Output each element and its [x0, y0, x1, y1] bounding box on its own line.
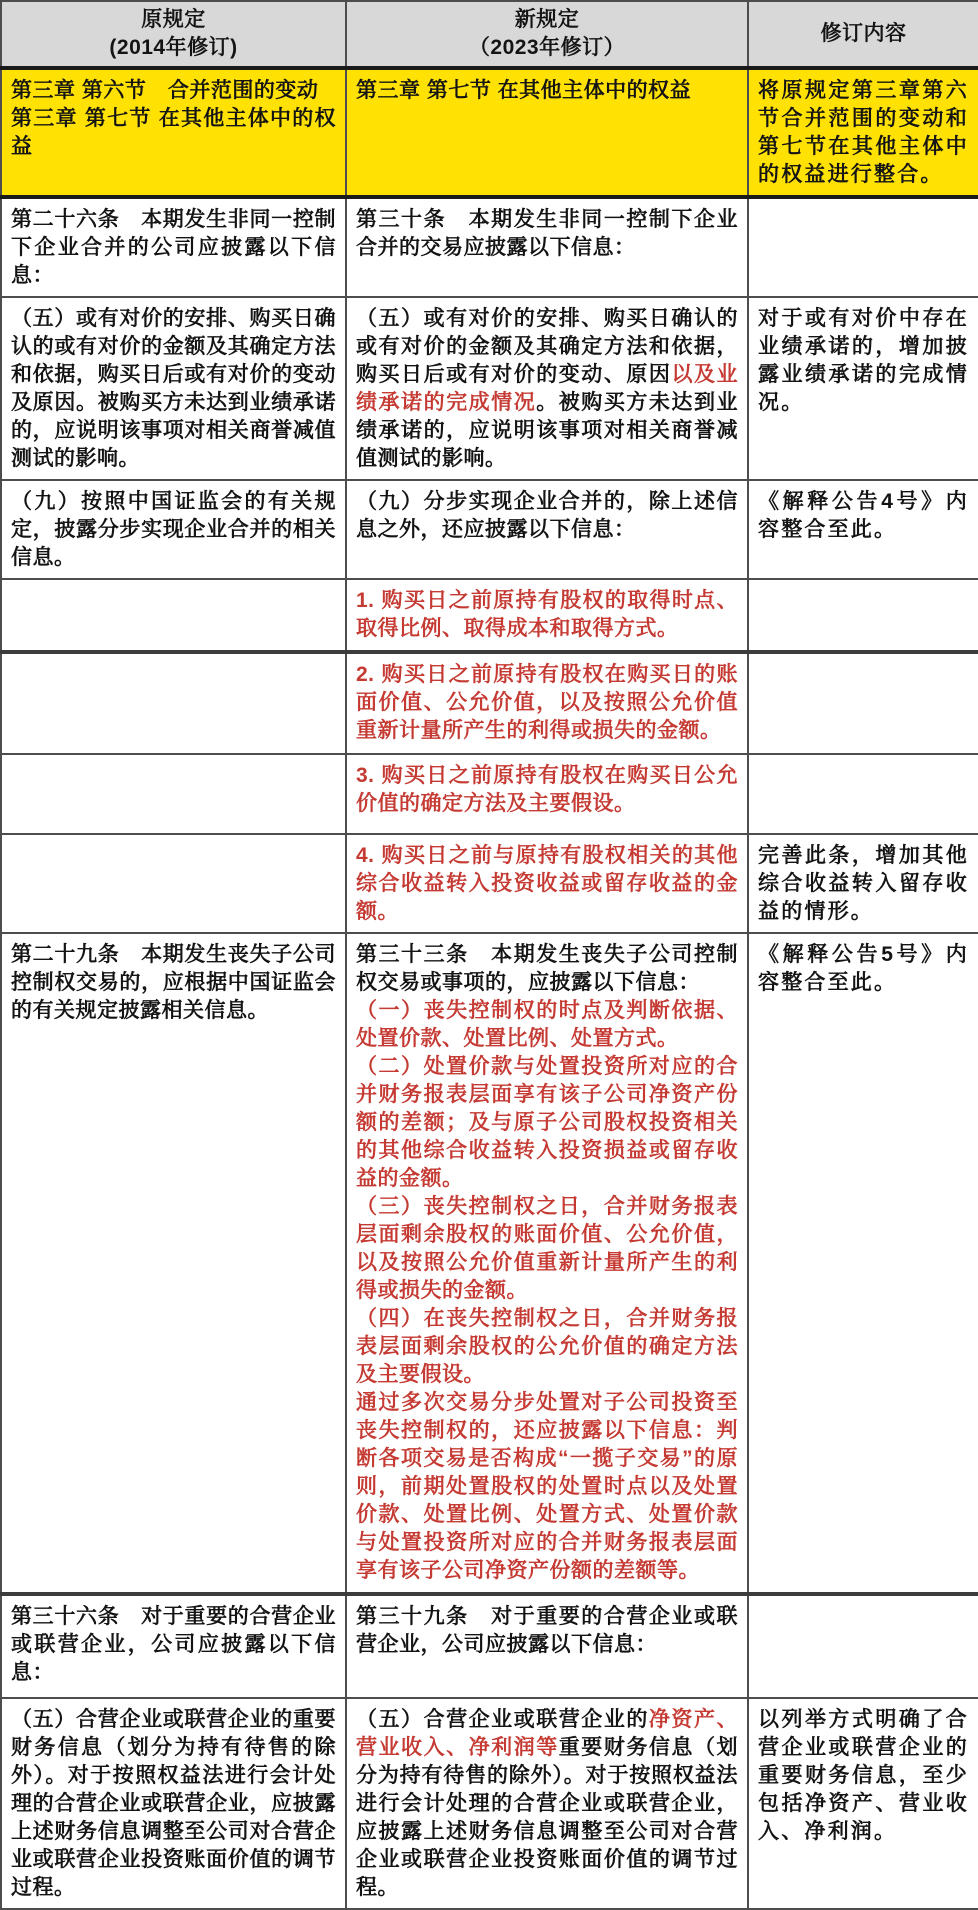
old-rule-cell: （五）或有对价的安排、购买日确认的或有对价的金额及其确定方法和依据，购买日后或有…: [1, 297, 346, 480]
revision-cell: 对于或有对价中存在业绩承诺的，增加披露业绩承诺的完成情况。: [748, 297, 978, 480]
revision-cell: 将原规定第三章第六节合并范围的变动和第七节在其他主体中的权益进行整合。: [748, 68, 978, 197]
paragraph: 第三十三条 本期发生丧失子公司控制权交易或事项的，应披露以下信息：: [356, 941, 738, 997]
new-rule-cell: 第三十条 本期发生非同一控制下企业合并的交易应披露以下信息：: [346, 197, 748, 297]
table-row-article29: 第二十九条 本期发生丧失子公司控制权交易的，应根据中国证监会的有关规定披露相关信…: [1, 933, 978, 1594]
new-rule-cell: （五）合营企业或联营企业的净资产、营业收入、净利润等重要财务信息（划分为持有待售…: [346, 1698, 748, 1909]
new-rule-cell: 第三章 第七节 在其他主体中的权益: [346, 68, 748, 197]
old-rule-cell-empty: [1, 579, 346, 652]
paragraph: （五）或有对价的安排、购买日确认的或有对价的金额及其确定方法和依据，购买日后或有…: [356, 305, 738, 473]
paragraph: 通过多次交易分步处置对子公司投资至丧失控制权的，还应披露以下信息：判断各项交易是…: [356, 1389, 738, 1585]
new-rule-cell: （九）分步实现企业合并的，除上述信息之外，还应披露以下信息：: [346, 480, 748, 579]
paragraph: （九）分步实现企业合并的，除上述信息之外，还应披露以下信息：: [356, 488, 738, 544]
text-segment: 《解释公告5号》内容整合至此。: [758, 943, 969, 994]
header-revision: 修订内容: [748, 1, 978, 68]
paragraph: 将原规定第三章第六节合并范围的变动和第七节在其他主体中的权益进行整合。: [758, 77, 969, 189]
text-segment: 第三章 第六节 合并范围的变动: [11, 79, 318, 102]
text-segment: 第二十六条 本期发生非同一控制下企业合并的公司应披露以下信息：: [11, 208, 336, 287]
header-new-rule: 新规定 （2023年修订）: [346, 1, 748, 68]
revision-cell-empty: [748, 1594, 978, 1698]
old-rule-cell-empty: [1, 834, 346, 933]
header-row: 原规定 (2014年修订) 新规定 （2023年修订） 修订内容: [1, 1, 978, 68]
new-rule-cell: 4. 购买日之前与原持有股权相关的其他综合收益转入投资收益或留存收益的金额。: [346, 834, 748, 933]
old-rule-cell: 第三十六条 对于重要的合营企业或联营企业，公司应披露以下信息：: [1, 1594, 346, 1698]
text-segment: 第三章 第七节 在其他主体中的权益: [11, 107, 336, 158]
text-segment: 第三十六条 对于重要的合营企业或联营企业，公司应披露以下信息：: [11, 1605, 336, 1684]
text-segment: （九）分步实现企业合并的，除上述信息之外，还应披露以下信息：: [356, 490, 738, 541]
paragraph: 第三十九条 对于重要的合营企业或联营企业，公司应披露以下信息：: [356, 1603, 738, 1659]
table-row-point4: 4. 购买日之前与原持有股权相关的其他综合收益转入投资收益或留存收益的金额。 完…: [1, 834, 978, 933]
text-segment: 第二十九条 本期发生丧失子公司控制权交易的，应根据中国证监会的有关规定披露相关信…: [11, 943, 336, 1022]
revision-cell: 完善此条，增加其他综合收益转入留存收益的情形。: [748, 834, 978, 933]
revision-cell-empty: [748, 652, 978, 754]
paragraph: 3. 购买日之前原持有股权在购买日公允价值的确定方法及主要假设。: [356, 762, 738, 818]
revision-cell-empty: [748, 579, 978, 652]
paragraph: 第三章 第六节 合并范围的变动: [11, 77, 336, 105]
paragraph: 《解释公告5号》内容整合至此。: [758, 941, 969, 997]
old-rule-cell: 第三章 第六节 合并范围的变动第三章 第七节 在其他主体中的权益: [1, 68, 346, 197]
table-body: 第三章 第六节 合并范围的变动第三章 第七节 在其他主体中的权益 第三章 第七节…: [1, 68, 978, 1909]
revised-text-segment: 通过多次交易分步处置对子公司投资至丧失控制权的，还应披露以下信息：判断各项交易是…: [356, 1391, 738, 1582]
comparison-table: 原规定 (2014年修订) 新规定 （2023年修订） 修订内容 第三章 第六节…: [0, 0, 978, 1910]
revised-text-segment: 3. 购买日之前原持有股权在购买日公允价值的确定方法及主要假设。: [356, 764, 738, 815]
text-segment: 第三章 第七节 在其他主体中的权益: [356, 79, 691, 102]
paragraph: 第三章 第七节 在其他主体中的权益: [11, 105, 336, 161]
paragraph: 第三十六条 对于重要的合营企业或联营企业，公司应披露以下信息：: [11, 1603, 336, 1687]
header-old-rule-title: 原规定: [8, 6, 339, 34]
paragraph: 以列举方式明确了合营企业或联营企业的重要财务信息，至少包括净资产、营业收入、净利…: [758, 1706, 969, 1846]
paragraph: 第三章 第七节 在其他主体中的权益: [356, 77, 738, 105]
paragraph: 第三十条 本期发生非同一控制下企业合并的交易应披露以下信息：: [356, 206, 738, 262]
paragraph: （五）合营企业或联营企业的净资产、营业收入、净利润等重要财务信息（划分为持有待售…: [356, 1706, 738, 1902]
text-segment: （九）按照中国证监会的有关规定，披露分步实现企业合并的相关信息。: [11, 490, 336, 569]
new-rule-cell: 第三十九条 对于重要的合营企业或联营企业，公司应披露以下信息：: [346, 1594, 748, 1698]
paragraph: 对于或有对价中存在业绩承诺的，增加披露业绩承诺的完成情况。: [758, 305, 969, 417]
table-row-point3: 3. 购买日之前原持有股权在购买日公允价值的确定方法及主要假设。: [1, 754, 978, 834]
new-rule-cell: 3. 购买日之前原持有股权在购买日公允价值的确定方法及主要假设。: [346, 754, 748, 834]
paragraph: 4. 购买日之前与原持有股权相关的其他综合收益转入投资收益或留存收益的金额。: [356, 842, 738, 926]
regulation-comparison-page: 原规定 (2014年修订) 新规定 （2023年修订） 修订内容 第三章 第六节…: [0, 0, 978, 1910]
table-row-point2: 2. 购买日之前原持有股权在购买日的账面价值、公允价值，以及按照公允价值重新计量…: [1, 652, 978, 754]
text-segment: 以列举方式明确了合营企业或联营企业的重要财务信息，至少包括净资产、营业收入、净利…: [758, 1708, 969, 1843]
paragraph: （四）在丧失控制权之日，合并财务报表层面剩余股权的公允价值的确定方法及主要假设。: [356, 1305, 738, 1389]
new-rule-cell: 1. 购买日之前原持有股权的取得时点、取得比例、取得成本和取得方式。: [346, 579, 748, 652]
revised-text-segment: （二）处置价款与处置投资所对应的合并财务报表层面享有该子公司净资产份额的差额；及…: [356, 1055, 738, 1190]
text-segment: （五）合营企业或联营企业的: [356, 1708, 649, 1731]
text-segment: （五）或有对价的安排、购买日确认的或有对价的金额及其确定方法和依据，购买日后或有…: [11, 307, 336, 470]
text-segment: 完善此条，增加其他综合收益转入留存收益的情形。: [758, 844, 969, 923]
old-rule-cell: （五）合营企业或联营企业的重要财务信息（划分为持有待售的除外）。对于按照权益法进…: [1, 1698, 346, 1909]
table-header: 原规定 (2014年修订) 新规定 （2023年修订） 修订内容: [1, 1, 978, 68]
old-rule-cell-empty: [1, 754, 346, 834]
text-segment: 对于或有对价中存在业绩承诺的，增加披露业绩承诺的完成情况。: [758, 307, 969, 414]
table-row-point1: 1. 购买日之前原持有股权的取得时点、取得比例、取得成本和取得方式。: [1, 579, 978, 652]
text-segment: 第三十条 本期发生非同一控制下企业合并的交易应披露以下信息：: [356, 208, 738, 259]
header-old-rule: 原规定 (2014年修订): [1, 1, 346, 68]
paragraph: 2. 购买日之前原持有股权在购买日的账面价值、公允价值，以及按照公允价值重新计量…: [356, 661, 738, 745]
paragraph: （九）按照中国证监会的有关规定，披露分步实现企业合并的相关信息。: [11, 488, 336, 572]
header-revision-title: 修订内容: [755, 20, 972, 48]
paragraph: （三）丧失控制权之日，合并财务报表层面剩余股权的账面价值、公允价值，以及按照公允…: [356, 1193, 738, 1305]
revision-cell: 《解释公告4号》内容整合至此。: [748, 480, 978, 579]
revised-text-segment: （三）丧失控制权之日，合并财务报表层面剩余股权的账面价值、公允价值，以及按照公允…: [356, 1195, 738, 1302]
revised-text-segment: （一）丧失控制权的时点及判断依据、处置价款、处置比例、处置方式。: [356, 999, 738, 1050]
revised-text-segment: 1. 购买日之前原持有股权的取得时点、取得比例、取得成本和取得方式。: [356, 589, 738, 640]
paragraph: （五）合营企业或联营企业的重要财务信息（划分为持有待售的除外）。对于按照权益法进…: [11, 1706, 336, 1902]
table-row-item9: （九）按照中国证监会的有关规定，披露分步实现企业合并的相关信息。 （九）分步实现…: [1, 480, 978, 579]
text-segment: 重要财务信息（划分为持有待售的除外）。对于按照权益法进行会计处理的合营企业或联营…: [356, 1736, 738, 1899]
new-rule-cell: 第三十三条 本期发生丧失子公司控制权交易或事项的，应披露以下信息：（一）丧失控制…: [346, 933, 748, 1594]
revision-cell: 以列举方式明确了合营企业或联营企业的重要财务信息，至少包括净资产、营业收入、净利…: [748, 1698, 978, 1909]
paragraph: （五）或有对价的安排、购买日确认的或有对价的金额及其确定方法和依据，购买日后或有…: [11, 305, 336, 473]
revised-text-segment: 4. 购买日之前与原持有股权相关的其他综合收益转入投资收益或留存收益的金额。: [356, 844, 738, 923]
header-old-rule-year: (2014年修订): [8, 34, 339, 62]
table-row-item5-merger: （五）或有对价的安排、购买日确认的或有对价的金额及其确定方法和依据，购买日后或有…: [1, 297, 978, 480]
text-segment: （五）合营企业或联营企业的重要财务信息（划分为持有待售的除外）。对于按照权益法进…: [11, 1708, 336, 1899]
text-segment: 将原规定第三章第六节合并范围的变动和第七节在其他主体中的权益进行整合。: [758, 79, 969, 186]
table-row-article26: 第二十六条 本期发生非同一控制下企业合并的公司应披露以下信息： 第三十条 本期发…: [1, 197, 978, 297]
new-rule-cell: 2. 购买日之前原持有股权在购买日的账面价值、公允价值，以及按照公允价值重新计量…: [346, 652, 748, 754]
revised-text-segment: （四）在丧失控制权之日，合并财务报表层面剩余股权的公允价值的确定方法及主要假设。: [356, 1307, 738, 1386]
old-rule-cell: （九）按照中国证监会的有关规定，披露分步实现企业合并的相关信息。: [1, 480, 346, 579]
revision-cell-empty: [748, 754, 978, 834]
old-rule-cell: 第二十九条 本期发生丧失子公司控制权交易的，应根据中国证监会的有关规定披露相关信…: [1, 933, 346, 1594]
table-row-item5-jv: （五）合营企业或联营企业的重要财务信息（划分为持有待售的除外）。对于按照权益法进…: [1, 1698, 978, 1909]
paragraph: 完善此条，增加其他综合收益转入留存收益的情形。: [758, 842, 969, 926]
header-new-rule-title: 新规定: [353, 6, 741, 34]
old-rule-cell-empty: [1, 652, 346, 754]
text-segment: 第三十九条 对于重要的合营企业或联营企业，公司应披露以下信息：: [356, 1605, 738, 1656]
revision-cell: 《解释公告5号》内容整合至此。: [748, 933, 978, 1594]
paragraph: 第二十九条 本期发生丧失子公司控制权交易的，应根据中国证监会的有关规定披露相关信…: [11, 941, 336, 1025]
revised-text-segment: 2. 购买日之前原持有股权在购买日的账面价值、公允价值，以及按照公允价值重新计量…: [356, 663, 738, 742]
table-row-article36: 第三十六条 对于重要的合营企业或联营企业，公司应披露以下信息： 第三十九条 对于…: [1, 1594, 978, 1698]
revision-cell: [748, 197, 978, 297]
header-new-rule-year: （2023年修订）: [353, 34, 741, 62]
paragraph: 第二十六条 本期发生非同一控制下企业合并的公司应披露以下信息：: [11, 206, 336, 290]
paragraph: （一）丧失控制权的时点及判断依据、处置价款、处置比例、处置方式。: [356, 997, 738, 1053]
paragraph: 《解释公告4号》内容整合至此。: [758, 488, 969, 544]
text-segment: 第三十三条 本期发生丧失子公司控制权交易或事项的，应披露以下信息：: [356, 943, 738, 994]
paragraph: （二）处置价款与处置投资所对应的合并财务报表层面享有该子公司净资产份额的差额；及…: [356, 1053, 738, 1193]
paragraph: 1. 购买日之前原持有股权的取得时点、取得比例、取得成本和取得方式。: [356, 587, 738, 643]
text-segment: 《解释公告4号》内容整合至此。: [758, 490, 969, 541]
table-row-chapter: 第三章 第六节 合并范围的变动第三章 第七节 在其他主体中的权益 第三章 第七节…: [1, 68, 978, 197]
new-rule-cell: （五）或有对价的安排、购买日确认的或有对价的金额及其确定方法和依据，购买日后或有…: [346, 297, 748, 480]
old-rule-cell: 第二十六条 本期发生非同一控制下企业合并的公司应披露以下信息：: [1, 197, 346, 297]
